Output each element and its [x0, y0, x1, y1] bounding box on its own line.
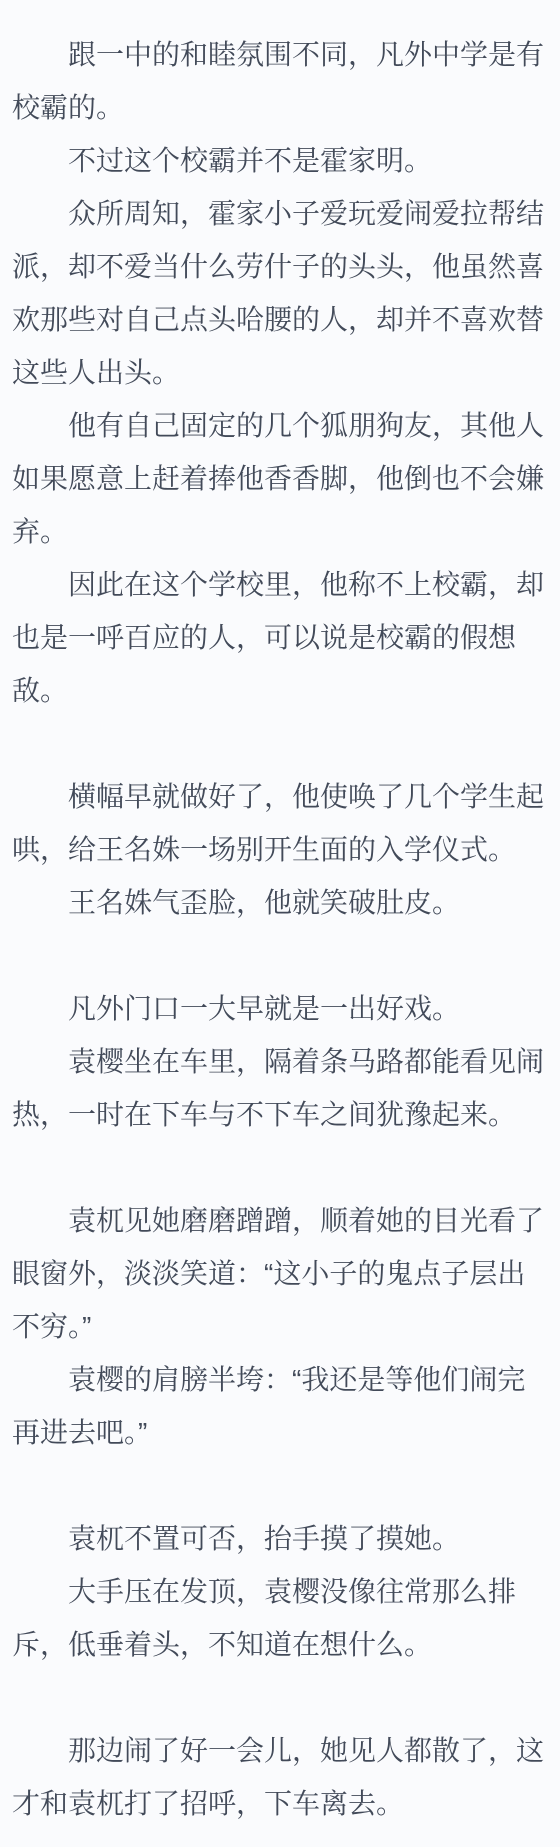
section-break	[12, 1671, 548, 1724]
text-section: 那边闹了好一会儿，她见人都散了，这才和袁杌打了招呼，下车离去。	[12, 1724, 548, 1830]
text-section: 跟一中的和睦氛围不同，凡外中学是有校霸的。不过这个校霸并不是霍家明。众所周知，霍…	[12, 28, 548, 717]
text-section: 横幅早就做好了，他使唤了几个学生起哄，给王名姝一场别开生面的入学仪式。王名姝气歪…	[12, 770, 548, 929]
paragraph: 他有自己固定的几个狐朋狗友，其他人如果愿意上赶着捧他香香脚，他倒也不会嫌弃。	[12, 399, 548, 558]
paragraph: 凡外门口一大早就是一出好戏。	[12, 982, 548, 1035]
text-section: 凡外门口一大早就是一出好戏。袁樱坐在车里，隔着条马路都能看见闹热，一时在下车与不…	[12, 982, 548, 1141]
paragraph: 众所周知，霍家小子爱玩爱闹爱拉帮结派，却不爱当什么劳什子的头头，他虽然喜欢那些对…	[12, 187, 548, 399]
paragraph: 袁樱坐在车里，隔着条马路都能看见闹热，一时在下车与不下车之间犹豫起来。	[12, 1035, 548, 1141]
paragraph: 王名姝气歪脸，他就笑破肚皮。	[12, 876, 548, 929]
paragraph: 大手压在发顶，袁樱没像往常那么排斥，低垂着头，不知道在想什么。	[12, 1565, 548, 1671]
section-break	[12, 717, 548, 770]
paragraph: 跟一中的和睦氛围不同，凡外中学是有校霸的。	[12, 28, 548, 134]
paragraph: 不过这个校霸并不是霍家明。	[12, 134, 548, 187]
paragraph: 袁杌不置可否，抬手摸了摸她。	[12, 1512, 548, 1565]
section-break	[12, 1141, 548, 1194]
text-section: 袁杌见她磨磨蹭蹭，顺着她的目光看了眼窗外，淡淡笑道：“这小子的鬼点子层出不穷。”…	[12, 1194, 548, 1459]
reader-page: 跟一中的和睦氛围不同，凡外中学是有校霸的。不过这个校霸并不是霍家明。众所周知，霍…	[0, 0, 560, 1830]
section-break	[12, 1459, 548, 1512]
paragraph: 因此在这个学校里，他称不上校霸，却也是一呼百应的人，可以说是校霸的假想敌。	[12, 558, 548, 717]
paragraph: 横幅早就做好了，他使唤了几个学生起哄，给王名姝一场别开生面的入学仪式。	[12, 770, 548, 876]
section-break	[12, 929, 548, 982]
paragraph: 袁杌见她磨磨蹭蹭，顺着她的目光看了眼窗外，淡淡笑道：“这小子的鬼点子层出不穷。”	[12, 1194, 548, 1353]
text-section: 袁杌不置可否，抬手摸了摸她。大手压在发顶，袁樱没像往常那么排斥，低垂着头，不知道…	[12, 1512, 548, 1671]
paragraph: 那边闹了好一会儿，她见人都散了，这才和袁杌打了招呼，下车离去。	[12, 1724, 548, 1830]
paragraph: 袁樱的肩膀半垮：“我还是等他们闹完再进去吧。”	[12, 1353, 548, 1459]
